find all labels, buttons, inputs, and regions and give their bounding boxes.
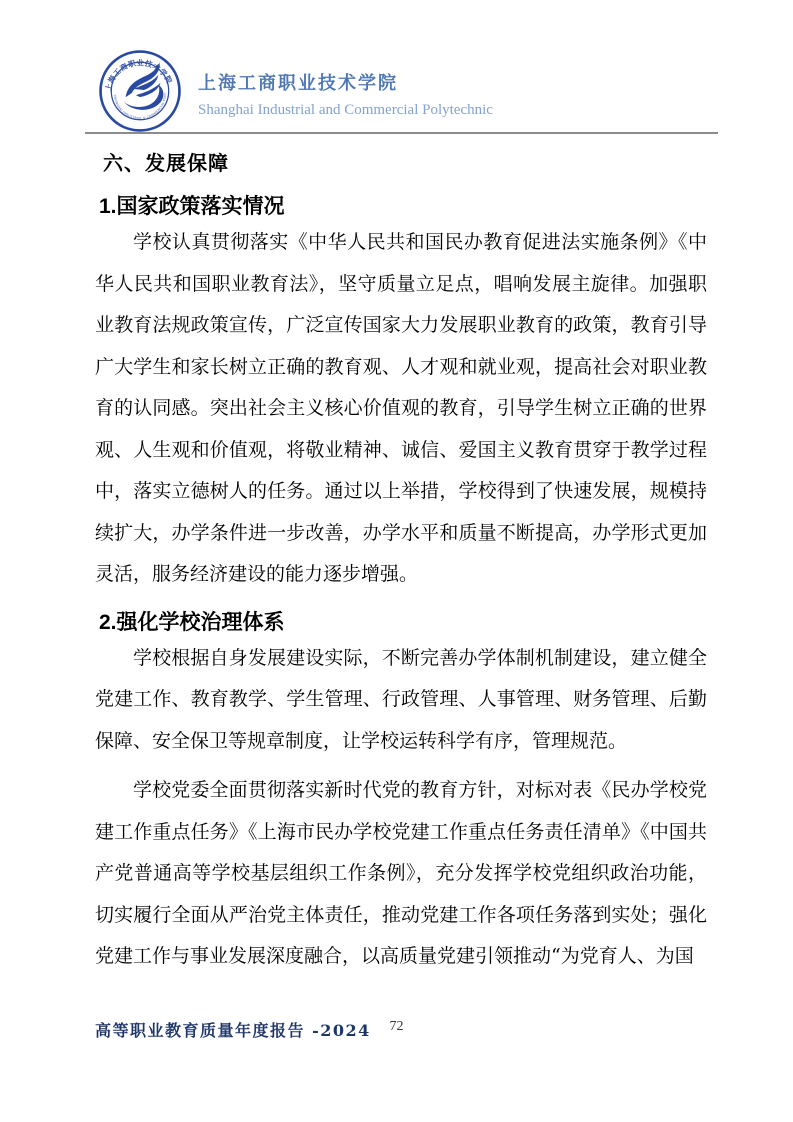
page-header: 上海工商职业技术学院 SHANGHAI INDUSTRIAL & COMMERC… xyxy=(99,50,493,132)
section-heading: 六、发展保障 xyxy=(103,150,707,178)
school-titles: 上海工商职业技术学院 Shanghai Industrial and Comme… xyxy=(198,63,493,119)
school-logo-emblem: 上海工商职业技术学院 SHANGHAI INDUSTRIAL & COMMERC… xyxy=(99,50,181,132)
header-divider xyxy=(85,132,718,134)
school-logo: 上海工商职业技术学院 SHANGHAI INDUSTRIAL & COMMERC… xyxy=(99,50,181,132)
subsection-2-paragraph-2: 学校党委全面贯彻落实新时代党的教育方针，对标对表《民办学校党建工作重点任务》《上… xyxy=(95,770,707,978)
school-name-cn: 上海工商职业技术学院 xyxy=(198,69,493,95)
subsection-2-heading: 2.强化学校治理体系 xyxy=(99,608,707,638)
subsection-1-paragraph-1: 学校认真贯彻落实《中华人民共和国民办教育促进法实施条例》《中华人民共和国职业教育… xyxy=(95,222,707,596)
school-name-en: Shanghai Industrial and Commercial Polyt… xyxy=(198,102,493,119)
page-content: 六、发展保障 1.国家政策落实情况 学校认真贯彻落实《中华人民共和国民办教育促进… xyxy=(95,142,707,978)
subsection-2-paragraph-1: 学校根据自身发展建设实际，不断完善办学体制机制建设，建立健全党建工作、教育教学、… xyxy=(95,638,707,763)
report-page: 上海工商职业技术学院 SHANGHAI INDUSTRIAL & COMMERC… xyxy=(0,0,793,1122)
footer-page-number: 72 xyxy=(0,1019,793,1035)
subsection-1-heading: 1.国家政策落实情况 xyxy=(99,192,707,222)
